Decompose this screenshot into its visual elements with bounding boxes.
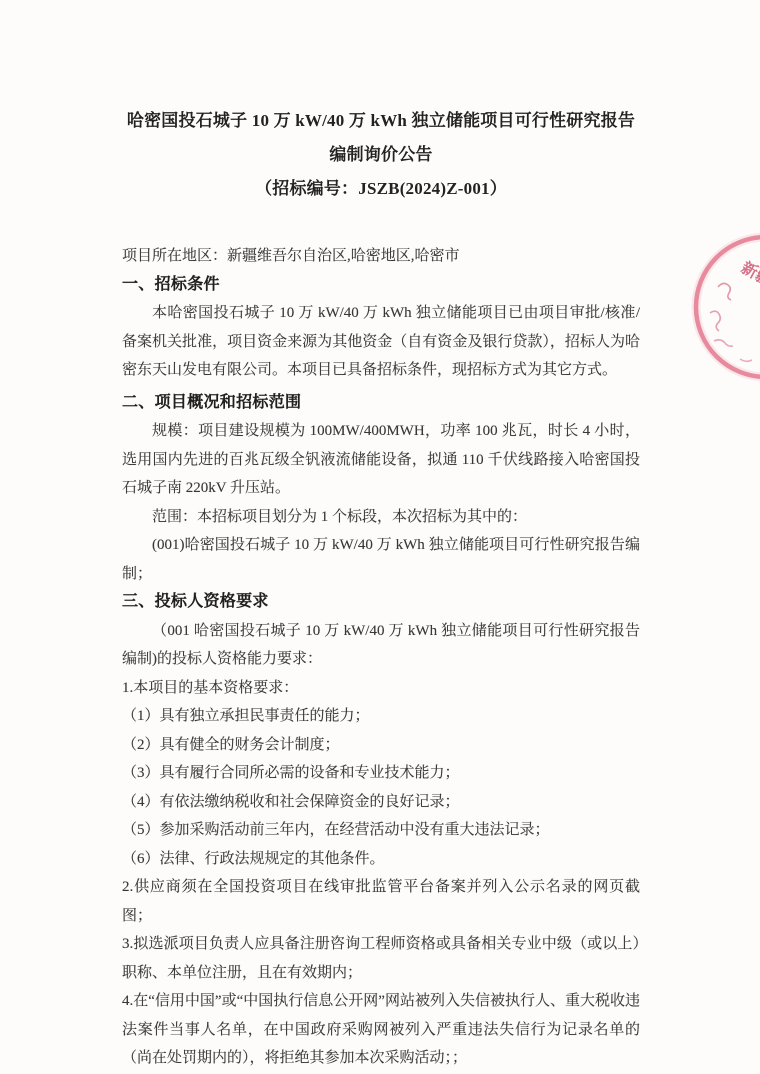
list-item: （5）参加采购活动前三年内，在经营活动中没有重大违法记录； bbox=[122, 816, 640, 845]
bidder-qualification-intro: （001 哈密国投石城子 10 万 kW/40 万 kWh 独立储能项目可行性研… bbox=[122, 617, 640, 674]
list-item: （6）法律、行政法规规定的其他条件。 bbox=[122, 845, 640, 874]
official-red-stamp: 新疆 bbox=[680, 225, 760, 395]
list-item: （3）具有履行合同所必需的设备和专业技术能力； bbox=[122, 759, 640, 788]
stamp-label-text: 新疆 bbox=[738, 258, 760, 290]
list-item: （1）具有独立承担民事责任的能力； bbox=[122, 702, 640, 731]
scanned-document-page: 哈密国投石城子 10 万 kW/40 万 kWh 独立储能项目可行性研究报告编制… bbox=[0, 0, 760, 1074]
tender-scope-line: 范围：本招标项目划分为 1 个标段，本次招标为其中的： bbox=[122, 503, 640, 532]
section2-heading: 二、项目概况和招标范围 bbox=[122, 389, 640, 418]
list-item: （2）具有健全的财务会计制度； bbox=[122, 731, 640, 760]
document-content: 哈密国投石城子 10 万 kW/40 万 kWh 独立储能项目可行性研究报告编制… bbox=[122, 0, 640, 1073]
project-location-line: 项目所在地区：新疆维吾尔自治区,哈密地区,哈密市 bbox=[122, 242, 640, 271]
stamp-script-stroke bbox=[714, 340, 733, 346]
stamp-script-stroke bbox=[710, 311, 720, 331]
stamp-seal-graphic: 新疆 bbox=[680, 225, 760, 395]
project-scale-paragraph: 规模：项目建设规模为 100MW/400MWH，功率 100 兆瓦，时长 4 小… bbox=[122, 417, 640, 503]
document-title: 哈密国投石城子 10 万 kW/40 万 kWh 独立储能项目可行性研究报告编制… bbox=[122, 104, 640, 206]
list-item: （4）有依法缴纳税收和社会保障资金的良好记录； bbox=[122, 788, 640, 817]
title-line-2-tender-number: （招标编号：JSZB(2024)Z-001） bbox=[122, 172, 640, 206]
requirement-4-paragraph: 4.在“信用中国”或“中国执行信息公开网”网站被列入失信被执行人、重大税收违法案… bbox=[122, 987, 640, 1073]
stamp-script-stroke bbox=[718, 283, 731, 300]
basic-requirements-label: 1.本项目的基本资格要求： bbox=[122, 674, 640, 703]
tender-conditions-paragraph: 本哈密国投石城子 10 万 kW/40 万 kWh 独立储能项目已由项目审批/核… bbox=[122, 299, 640, 385]
title-line-1: 哈密国投石城子 10 万 kW/40 万 kWh 独立储能项目可行性研究报告编制… bbox=[122, 104, 640, 172]
stamp-ring bbox=[696, 237, 760, 377]
stamp-ring-blur bbox=[696, 237, 760, 377]
section1-heading: 一、招标条件 bbox=[122, 271, 640, 300]
requirement-3-paragraph: 3.拟选派项目负责人应具备注册咨询工程师资格或具备相关专业中级（或以上）职称、本… bbox=[122, 930, 640, 987]
stamp-script-stroke bbox=[740, 359, 752, 361]
requirement-2-line: 2.供应商须在全国投资项目在线审批监管平台备案并列入公示名录的网页截图； bbox=[122, 873, 640, 930]
lot-001-line: (001)哈密国投石城子 10 万 kW/40 万 kWh 独立储能项目可行性研… bbox=[122, 531, 640, 588]
section3-heading: 三、投标人资格要求 bbox=[122, 588, 640, 617]
